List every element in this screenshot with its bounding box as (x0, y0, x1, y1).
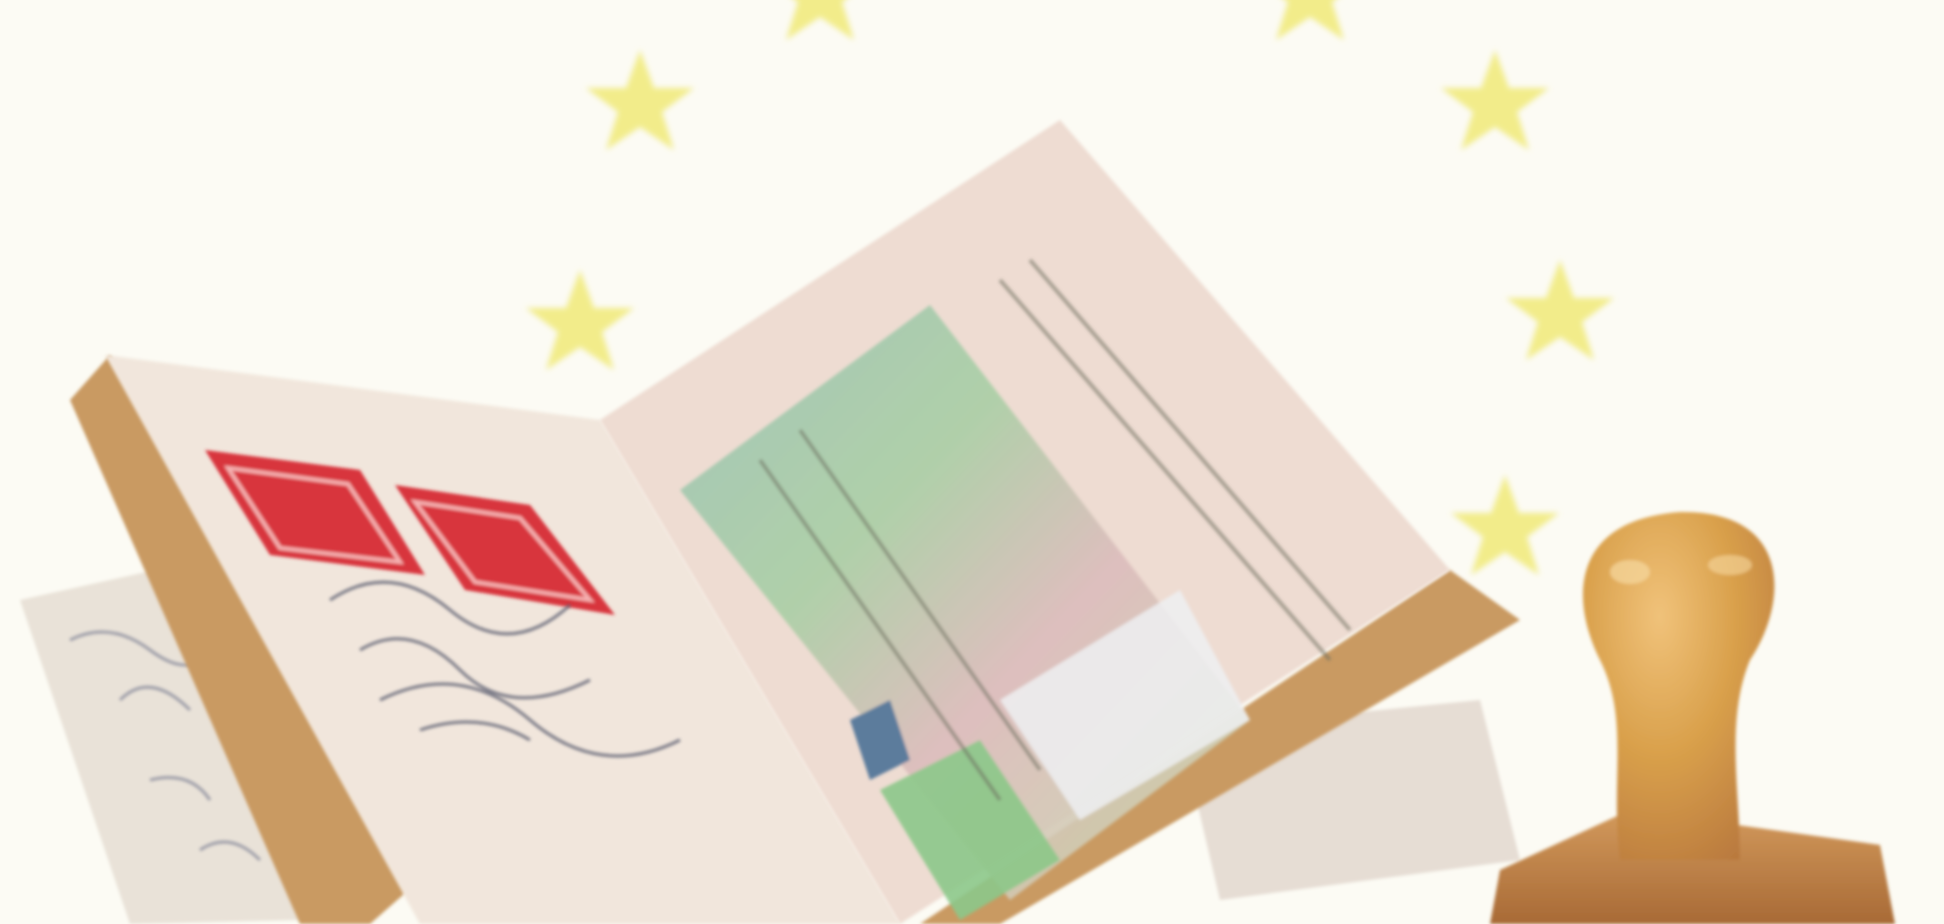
star-icon (526, 270, 634, 370)
photo-scene (0, 0, 1944, 924)
star-icon (586, 50, 694, 150)
star-icon (1506, 260, 1614, 360)
star-icon (766, 0, 874, 40)
star-icon (1441, 50, 1549, 150)
star-icon (1451, 475, 1559, 575)
wooden-rubber-stamp (1490, 512, 1895, 924)
star-icon (1256, 0, 1364, 40)
passport-photo (0, 0, 1944, 924)
